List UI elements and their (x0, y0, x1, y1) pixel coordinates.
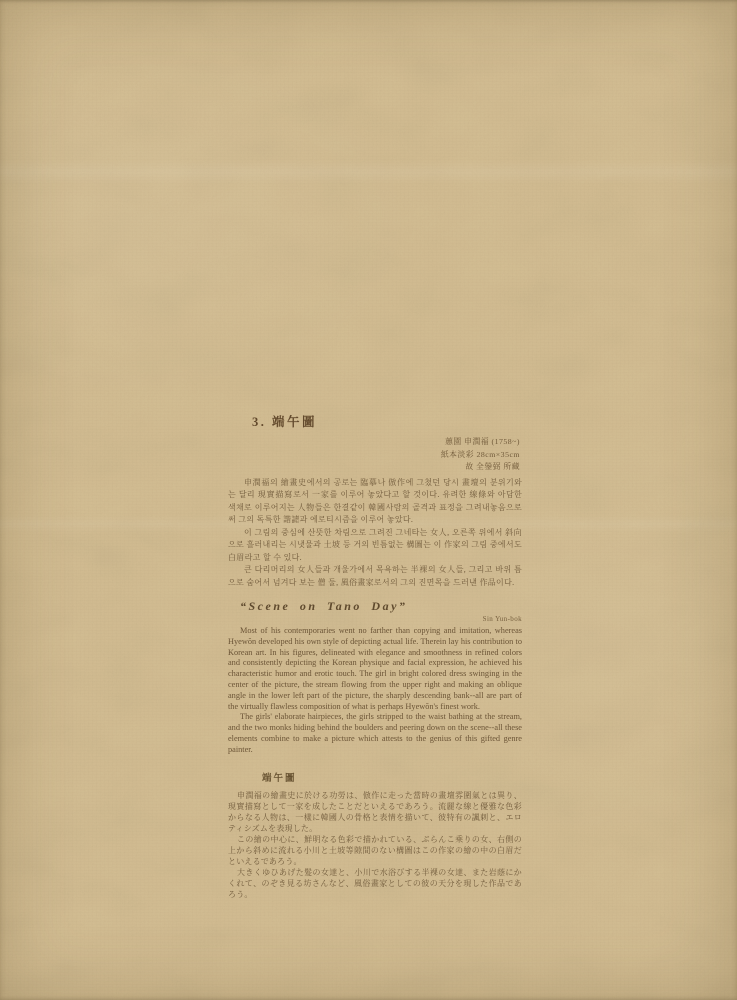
korean-paragraph: 큰 다리머리의 女人들과 개울가에서 목욕하는 半裸의 女人들, 그리고 바위 … (228, 564, 522, 589)
korean-description: 申潤福의 繪畫史에서의 공로는 臨摹나 倣作에 그쳤던 당시 畫壇의 분위기와는… (228, 477, 522, 590)
artist-name: Sin Yun-bok (228, 615, 522, 623)
english-paragraph: The girls' elaborate hairpieces, the gir… (228, 712, 522, 755)
scanned-book-page: 3. 端午圖 蕙園 申潤福 (1758~) 紙本淡彩 28cm×35cm 故 全… (0, 0, 737, 1000)
credit-collection-line: 故 全鎣弼 所藏 (228, 461, 520, 474)
japanese-paragraph: 大きくゆひあげた髮の女達と、小川で水浴びする半裸の女達、また岩蔭にかくれて、のぞ… (228, 867, 522, 900)
english-description: Most of his contemporaries went no farth… (228, 626, 522, 756)
korean-paragraph: 申潤福의 繪畫史에서의 공로는 臨摹나 倣作에 그쳤던 당시 畫壇의 분위기와는… (228, 477, 522, 527)
text-block: 3. 端午圖 蕙園 申潤福 (1758~) 紙本淡彩 28cm×35cm 故 全… (228, 412, 522, 900)
english-title: “Scene on Tano Day” (240, 599, 522, 614)
japanese-description: 申潤福の繪畫史に於ける功勞は、倣作に走った當時の畫壇雰圍氣とは異り、現實描寫とし… (228, 790, 522, 900)
japanese-title: 端午圖 (262, 770, 522, 784)
english-paragraph: Most of his contemporaries went no farth… (228, 626, 522, 712)
korean-paragraph: 이 그림의 중심에 산뜻한 차림으로 그려진 그네타는 女人, 오른쪽 위에서 … (228, 527, 522, 565)
plate-number-title: 3. 端午圖 (252, 412, 522, 430)
artwork-credits: 蕙園 申潤福 (1758~) 紙本淡彩 28cm×35cm 故 全鎣弼 所藏 (228, 436, 520, 474)
credit-medium-line: 紙本淡彩 28cm×35cm (228, 449, 520, 462)
japanese-paragraph: この繪の中心に、鮮明なる色彩で描かれている、ぶらんこ乘りの女、右側の上から斜めに… (228, 834, 522, 867)
credit-artist-line: 蕙園 申潤福 (1758~) (228, 436, 520, 449)
japanese-paragraph: 申潤福の繪畫史に於ける功勞は、倣作に走った當時の畫壇雰圍氣とは異り、現實描寫とし… (228, 790, 522, 834)
